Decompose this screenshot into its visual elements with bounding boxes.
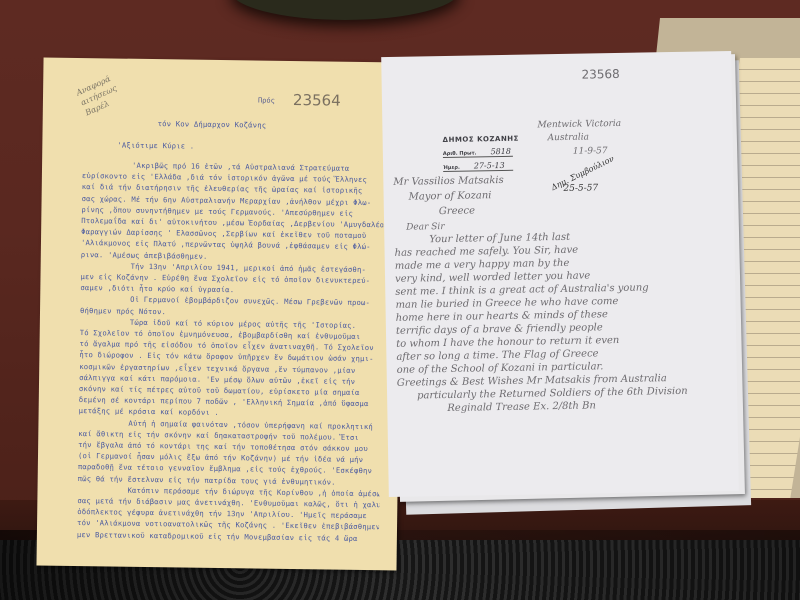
sender-country: Australia: [548, 132, 589, 143]
stamp-title: ΔΗΜΟΣ ΚΟΖΑΝΗΣ: [443, 134, 553, 144]
stamp-date-value: 27-5-13: [474, 161, 505, 171]
typed-line: Οἱ Γερμανοί ἐβομβάρδιζον συνεχῶς. Μέσω Γ…: [130, 295, 382, 308]
handwritten-line: terrific days of a brave & friendly peop…: [396, 322, 603, 337]
handwritten-line: particularly the Returned Soldiers of th…: [417, 386, 688, 402]
handwritten-line: Reginald Trease Ex. 2/8th Bn: [447, 400, 596, 414]
stamp-protocol: Αριθ. Πρωτ.5818: [443, 147, 513, 158]
municipal-stamp: ΔΗΜΟΣ ΚΟΖΑΝΗΣ Αριθ. Πρωτ.5818 Ἡμερ.27-5-…: [443, 134, 554, 172]
archive-number: 23564: [293, 91, 341, 110]
typed-line: μεν Βρεττανικοῦ καταδρομικοῦ εἰς τήν Μον…: [77, 530, 379, 543]
pros-label: Πρός: [258, 97, 275, 105]
greek-typed-letter: Αναφορά αιτήσεως Βαρέλ Πρός 23564 τόν Κο…: [36, 58, 403, 571]
typed-line: ρινα. 'Αμέσως ἀπεβιβάσθημεν.: [81, 250, 383, 263]
stamp-date-label: Ἡμερ.: [443, 165, 460, 171]
typed-line: μετάξης μέ κρόσια καί κορδόνι .: [79, 406, 381, 419]
stamp-protocol-label: Αριθ. Πρωτ.: [443, 150, 477, 157]
handwritten-line: made me a very happy man by the: [395, 258, 570, 272]
handwritten-line: one of the School of Kozani in particula…: [397, 361, 604, 376]
pencil-annotation: Αναφορά αιτήσεως Βαρέλ: [74, 60, 151, 119]
handwritten-line: Your letter of June 14th last: [429, 232, 570, 245]
typed-line: Κατόπιν περάσαμε τήν διώρυγα τῆς Κορίνθο…: [127, 486, 379, 499]
typed-line: Τήν 13ην 'Απριλίου 1941, μερικοί ἀπό ἡμᾶ…: [131, 262, 383, 275]
handwritten-line: very kind, well worded letter you have: [395, 270, 590, 284]
archive-number: 23568: [581, 67, 619, 82]
recipient-country: Greece: [439, 205, 475, 217]
typed-line: Τώρα ἰδοῦ καί τό κύριον μέρος αὐτῆς τῆς …: [130, 318, 382, 331]
handwritten-line: home here in our hearts & minds of these: [396, 309, 608, 324]
addressee: τόν Κον Δήμαρχον Κοζάνης: [158, 119, 403, 131]
sender-location: Mentwick Victoria: [537, 119, 621, 130]
typed-line: θήθημεν πρός Νότον.: [80, 306, 382, 319]
recipient-name: Mr Vassilios Matsakis: [393, 175, 504, 188]
recipient-title: Mayor of Kozani: [409, 190, 492, 202]
english-handwritten-letter: 23568 ΔΗΜΟΣ ΚΟΖΑΝΗΣ Αριθ. Πρωτ.5818 Ἡμερ…: [381, 51, 739, 497]
typed-line: 'Ακριβῶς πρό 16 ἐτῶν ,τά Αὐστραλιανά Στρ…: [132, 161, 384, 174]
salutation: 'Αξιότιμε Κύριε .: [117, 141, 402, 154]
handwritten-line: after so long a time. The Flag of Greece: [396, 348, 598, 363]
greek-annotation-date: 25-5-57: [563, 183, 598, 194]
typed-line: πῶς θά τήν ἔστελναν εἰς τήν πατρίδα τους…: [78, 474, 380, 487]
stamp-protocol-value: 5818: [490, 147, 511, 156]
typed-line: Αὐτή ἡ σημαία φαινόταν ,τόσον ὑπερήφανη …: [128, 418, 380, 431]
salutation: Dear Sir: [406, 222, 445, 233]
typed-line: σαμεν ,διότι ἦτο κρύο καί ὑγρασία.: [80, 283, 382, 296]
handwritten-line: has reached me safely. You Sir, have: [395, 245, 579, 259]
stamp-date: Ἡμερ.27-5-13: [443, 161, 513, 172]
sender-date: 11-9-57: [573, 146, 608, 157]
